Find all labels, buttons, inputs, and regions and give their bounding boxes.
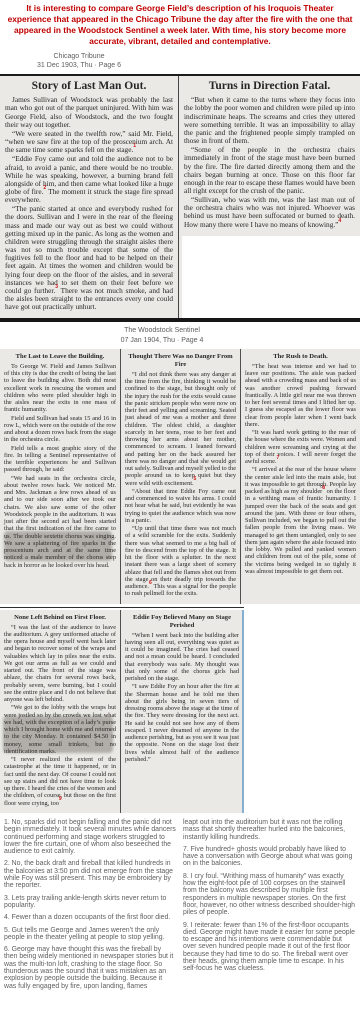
tribune-column-left: Story of Last Man Out. James Sullivan of… xyxy=(0,76,178,318)
footnote-marker: 6 xyxy=(149,580,152,586)
sentinel-body-2: “I did not think there was any danger at… xyxy=(125,371,236,598)
sentinel-header-4: None Left Behind on First Floor. xyxy=(4,614,116,622)
article-paragraph: James Sullivan of Woodstock was probably… xyxy=(5,96,173,129)
article-paragraph: “We were seated in the twelfth row,” sai… xyxy=(5,130,173,154)
footnotes-left-column: 1. No, sparks did not begin falling and … xyxy=(4,819,176,995)
article-paragraph: “When I went back into the building afte… xyxy=(125,632,239,683)
footnotes-right-column: leapt out into the auditorium but it was… xyxy=(183,819,355,995)
footnote: 1. No, sparks did not begin falling and … xyxy=(4,819,176,855)
article-paragraph: “I did not think there was any danger at… xyxy=(125,371,236,487)
sentinel-body-4: “I was the last of the audience to leave… xyxy=(4,624,116,807)
article-paragraph: Field and Sullivan had seats 15 and 16 i… xyxy=(4,415,116,444)
article-paragraph: “The heat was intense and we had to leav… xyxy=(245,363,356,428)
tribune-headline-right: Turns in Direction Fatal. xyxy=(184,80,355,93)
sentinel-body-3: “The heat was intense and we had to leav… xyxy=(245,363,356,575)
sentinel-body-5: “When I went back into the building afte… xyxy=(125,632,239,764)
sentinel-header-2: Thought There Was no Danger From Fire xyxy=(125,353,236,369)
article-paragraph: “I saw Eddie Foy an hour after the fire … xyxy=(125,683,239,763)
article-paragraph: “But when it came to the turns where the… xyxy=(184,96,355,145)
article-paragraph: “I arrived at the rear of the house wher… xyxy=(245,466,356,575)
sentinel-source: The Woodstock Sentinel xyxy=(0,326,324,336)
article-paragraph: “Some of the people in the orchestra cha… xyxy=(184,146,355,195)
article-paragraph: To George W. Field and James Sullivan of… xyxy=(4,363,116,414)
sentinel-body-1: To George W. Field and James Sullivan of… xyxy=(4,363,116,569)
footnote-marker: 5 xyxy=(194,476,197,482)
footnote-marker: 7 xyxy=(276,455,279,461)
article-paragraph: “Up until that time there was not much o… xyxy=(125,525,236,598)
article-paragraph: “About that time Eddie Foy came out and … xyxy=(125,488,236,524)
clipping-divider-rule xyxy=(0,318,360,322)
annotation-footnotes: 1. No, sparks did not begin falling and … xyxy=(0,813,360,997)
tribune-body-left: James Sullivan of Woodstock was probably… xyxy=(5,96,173,311)
footnote-marker: 2 xyxy=(43,185,46,191)
tribune-body-right: “But when it came to the turns where the… xyxy=(184,96,355,229)
tribune-caption: Chicago Tribune 31 Dec 1903, Thu · Page … xyxy=(0,52,158,72)
article-paragraph: “It was hard work getting to the rear of… xyxy=(245,429,356,465)
article-paragraph: Field tells a most graphic story of the … xyxy=(4,445,116,474)
article-paragraph: “We got to the lobby with the wraps but … xyxy=(4,704,116,755)
sentinel-header-5: Eddie Foy Believed Many on Stage Perishe… xyxy=(125,614,239,630)
sentinel-row-divider xyxy=(0,607,244,608)
sentinel-header-1: The Last to Leave the Building. xyxy=(4,353,116,361)
sentinel-header-3: The Rush to Death. xyxy=(245,353,356,361)
footnote: 7. Five hundred+ ghosts would probably h… xyxy=(183,846,355,868)
sentinel-dateline: 07 Jan 1904, Thu · Page 4 xyxy=(0,336,324,346)
article-paragraph: “I never realized the extent of the cata… xyxy=(4,756,116,807)
article-paragraph: “Sullivan, who was with me, was the last… xyxy=(184,196,355,229)
article-paragraph: “The panic started at once and everybody… xyxy=(5,205,173,311)
sentinel-clipping-row2: None Left Behind on First Floor. “I was … xyxy=(0,610,360,813)
article-paragraph: “We had seats in the orchestra circle, a… xyxy=(4,475,116,569)
footnote: 3. Lets pray trailing ankle-length skirt… xyxy=(4,895,176,910)
tribune-column-right: Turns in Direction Fatal. “But when it c… xyxy=(178,76,360,318)
sentinel-column-1: The Last to Leave the Building. To Georg… xyxy=(0,349,120,604)
sentinel-column-4: None Left Behind on First Floor. “I was … xyxy=(0,610,120,813)
footnote-marker: 3 xyxy=(55,284,58,290)
footnote: 2. No, the back draft and fireball that … xyxy=(4,860,176,889)
footnote: 9. I reiterate: fewer than 1% of the fir… xyxy=(183,922,355,973)
footnote: 5. Gut tells me George and James weren’t… xyxy=(4,927,176,942)
scan-fold-line xyxy=(242,610,244,813)
footnote-marker: 9 xyxy=(59,796,62,802)
footnote: 8. I cry foul. “Writhing mass of humanit… xyxy=(183,873,355,917)
tribune-clipping: Story of Last Man Out. James Sullivan of… xyxy=(0,74,360,318)
sentinel-caption: The Woodstock Sentinel 07 Jan 1904, Thu … xyxy=(0,326,324,346)
article-paragraph: “I was the last of the audience to leave… xyxy=(4,624,116,704)
footnote: 4. Fewer than a dozen occupants of the f… xyxy=(4,914,176,921)
tribune-source: Chicago Tribune xyxy=(0,52,158,62)
footnote-marker: 4 xyxy=(338,218,341,224)
footnote-marker: 1 xyxy=(133,143,136,149)
footnote-marker: 8 xyxy=(322,485,325,491)
footnote: leapt out into the auditorium but it was… xyxy=(183,819,355,841)
tribune-headline-left: Story of Last Man Out. xyxy=(5,80,173,93)
sentinel-clipping-row1: The Last to Leave the Building. To Georg… xyxy=(0,349,360,604)
article-paragraph: “Eddie Foy came out and told the audienc… xyxy=(5,155,173,204)
scanned-article-page: { "colors": { "commentary_red": "#c00000… xyxy=(0,0,360,1013)
tribune-dateline: 31 Dec 1903, Thu · Page 6 xyxy=(0,61,158,71)
intro-commentary: It is interesting to compare George Fiel… xyxy=(0,0,360,49)
footnote: 6. George may have thought this was the … xyxy=(4,946,176,990)
sentinel-column-5: Eddie Foy Believed Many on Stage Perishe… xyxy=(120,610,243,813)
sentinel-column-3: The Rush to Death. “The heat was intense… xyxy=(240,349,360,604)
sentinel-column-2: Thought There Was no Danger From Fire “I… xyxy=(120,349,240,604)
